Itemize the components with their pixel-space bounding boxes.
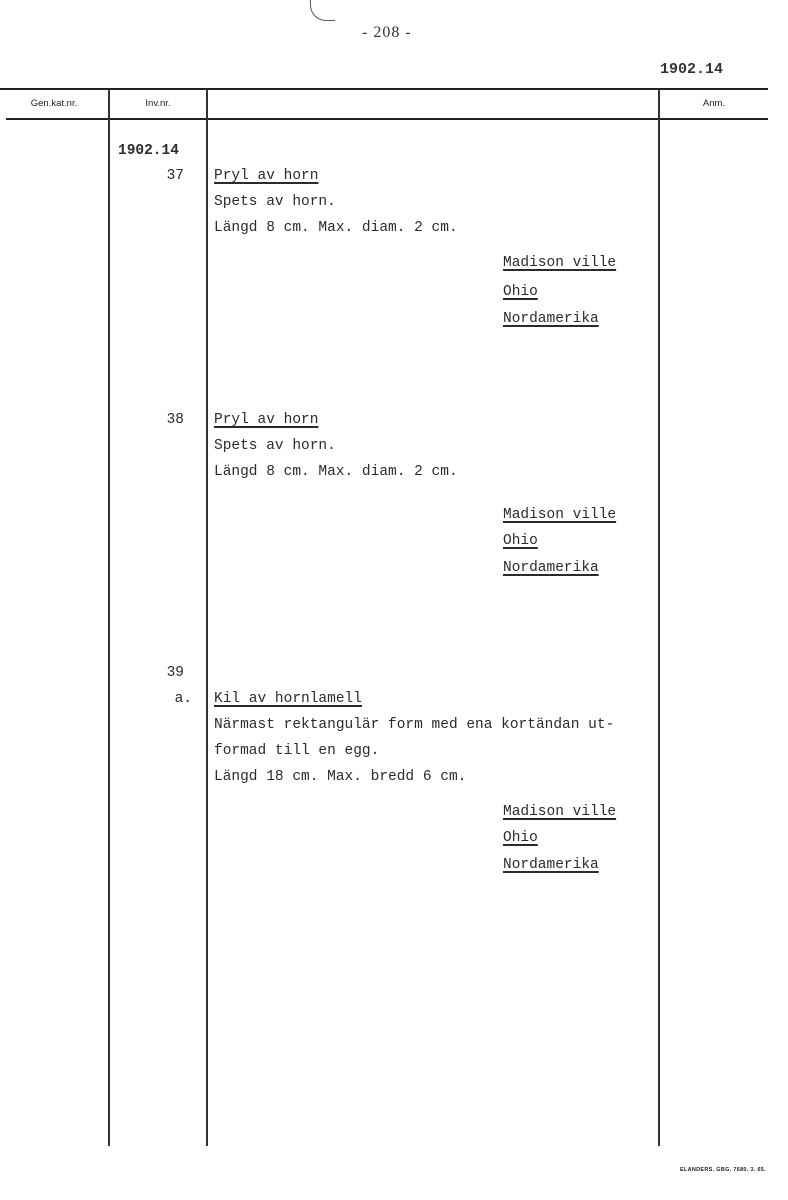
entry-title: Kil av hornlamell: [214, 686, 362, 712]
inv-number: 39: [104, 660, 184, 686]
column-header-anm: Anm.: [660, 98, 768, 109]
locality-place: Madison ville: [503, 502, 616, 528]
collection-reference: 1902.14: [660, 61, 723, 78]
collection-number: 1902.14: [118, 138, 179, 164]
inv-number: 37: [104, 163, 184, 189]
entry-description: formad till en egg.: [214, 738, 379, 764]
entry-description: Närmast rektangulär form med ena kortänd…: [214, 712, 614, 738]
entry-description: Spets av horn.: [214, 189, 336, 215]
printer-imprint: ELANDERS. GBG. 7680. 3. 65.: [680, 1167, 766, 1173]
locality-place: Madison ville: [503, 250, 616, 276]
page-number: - 208 -: [362, 24, 412, 42]
header-bottom-rule: [6, 118, 768, 120]
column-divider-2: [206, 89, 208, 1146]
corner-mark: [310, 0, 335, 21]
locality-place: Madison ville: [503, 799, 616, 825]
locality-continent: Nordamerika: [503, 852, 599, 878]
column-divider-3: [658, 89, 660, 1146]
header-top-rule: [0, 88, 768, 90]
column-header-gen-kat: Gen.kat.nr.: [0, 98, 108, 109]
entry-description: Längd 18 cm. Max. bredd 6 cm.: [214, 764, 466, 790]
locality-state: Ohio: [503, 279, 538, 305]
column-header-inv: Inv.nr.: [110, 98, 206, 109]
locality-state: Ohio: [503, 528, 538, 554]
entry-title: Pryl av horn: [214, 163, 318, 189]
locality-state: Ohio: [503, 825, 538, 851]
inv-number: 38: [104, 407, 184, 433]
inv-subnumber: a.: [112, 686, 192, 712]
entry-title: Pryl av horn: [214, 407, 318, 433]
entry-description: Spets av horn.: [214, 433, 336, 459]
entry-description: Längd 8 cm. Max. diam. 2 cm.: [214, 459, 458, 485]
entry-description: Längd 8 cm. Max. diam. 2 cm.: [214, 215, 458, 241]
locality-continent: Nordamerika: [503, 306, 599, 332]
locality-continent: Nordamerika: [503, 555, 599, 581]
column-divider-1: [108, 89, 110, 1146]
